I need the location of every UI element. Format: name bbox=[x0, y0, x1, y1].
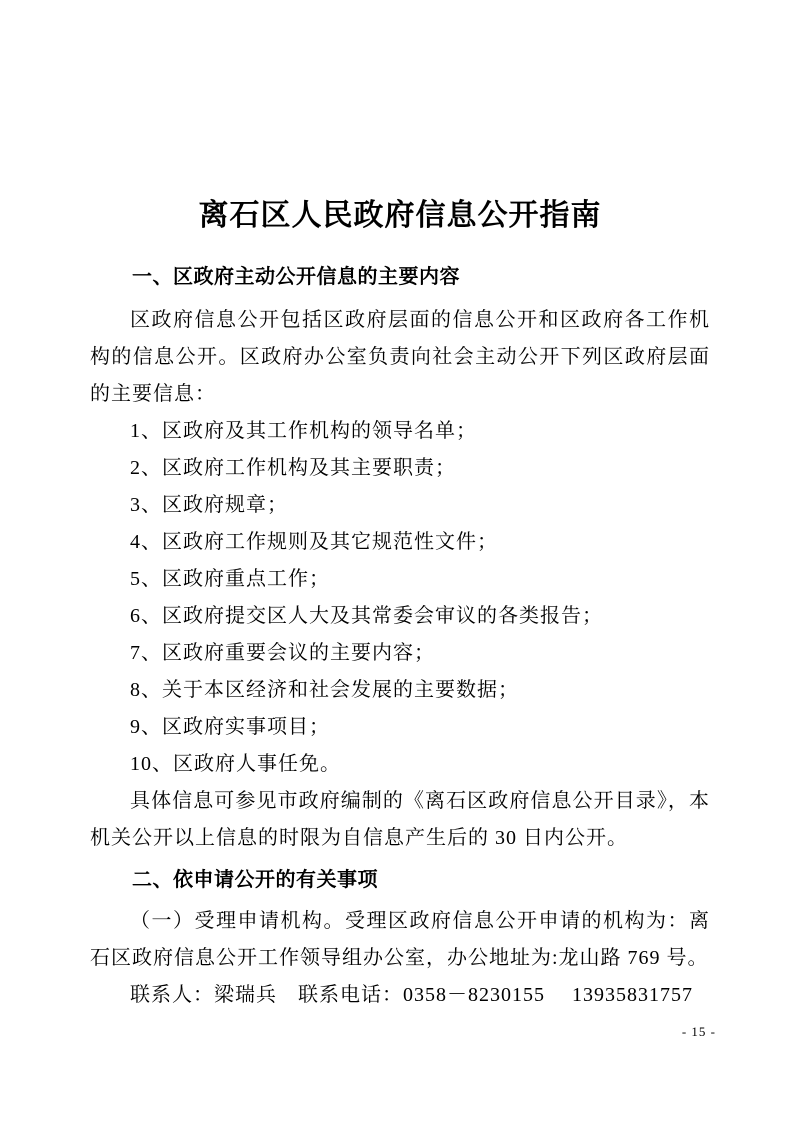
section2-heading: 二、依申请公开的有关事项 bbox=[90, 865, 710, 895]
list-item-10: 10、区政府人事任免。 bbox=[90, 746, 710, 783]
document-page: 离石区人民政府信息公开指南 一、区政府主动公开信息的主要内容 区政府信息公开包括… bbox=[0, 0, 793, 1122]
document-content: 离石区人民政府信息公开指南 一、区政府主动公开信息的主要内容 区政府信息公开包括… bbox=[90, 0, 710, 1014]
section1-list: 1、区政府及其工作机构的领导名单； 2、区政府工作机构及其主要职责； 3、区政府… bbox=[90, 413, 710, 783]
contact-info: 联系人：梁瑞兵 联系电话：0358－8230155 13935831757 bbox=[90, 977, 710, 1014]
list-item-5: 5、区政府重点工作； bbox=[90, 561, 710, 598]
section1-heading: 一、区政府主动公开信息的主要内容 bbox=[90, 262, 710, 292]
page-number: - 15 - bbox=[682, 1024, 716, 1040]
page-title: 离石区人民政府信息公开指南 bbox=[90, 0, 710, 236]
list-item-9: 9、区政府实事项目； bbox=[90, 709, 710, 746]
section1-closing-paragraph: 具体信息可参见市政府编制的《离石区政府信息公开目录》，本机关公开以上信息的时限为… bbox=[90, 783, 710, 857]
list-item-7: 7、区政府重要会议的主要内容； bbox=[90, 635, 710, 672]
list-item-4: 4、区政府工作规则及其它规范性文件； bbox=[90, 524, 710, 561]
list-item-3: 3、区政府规章； bbox=[90, 487, 710, 524]
section2-paragraph: （一）受理申请机构。受理区政府信息公开申请的机构为：离石区政府信息公开工作领导组… bbox=[90, 903, 710, 977]
list-item-6: 6、区政府提交区人大及其常委会审议的各类报告； bbox=[90, 598, 710, 635]
list-item-1: 1、区政府及其工作机构的领导名单； bbox=[90, 413, 710, 450]
section1-intro-paragraph: 区政府信息公开包括区政府层面的信息公开和区政府各工作机构的信息公开。区政府办公室… bbox=[90, 302, 710, 413]
list-item-2: 2、区政府工作机构及其主要职责； bbox=[90, 450, 710, 487]
list-item-8: 8、关于本区经济和社会发展的主要数据； bbox=[90, 672, 710, 709]
